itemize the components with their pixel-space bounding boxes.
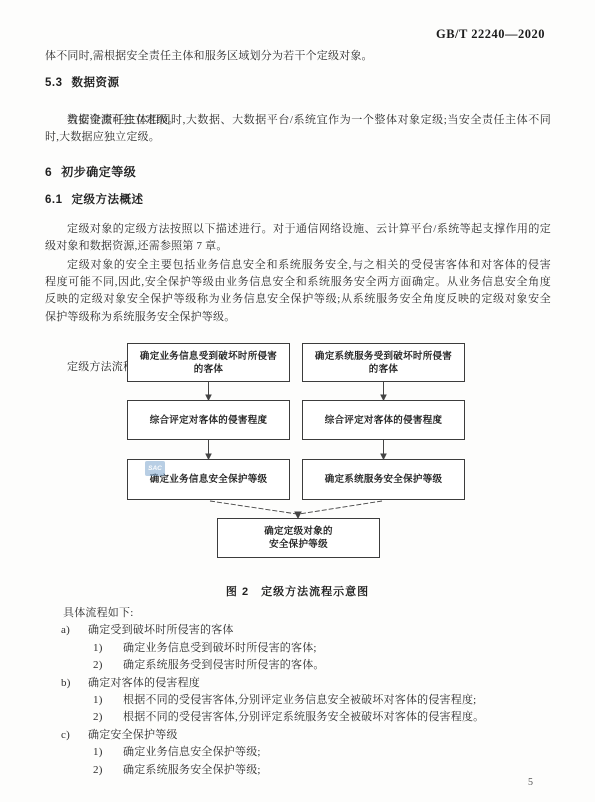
body-line: 当安全责任主体相同时,大数据、大数据平台/系统宜作为一个整体对象定级;当安全责任…	[45, 112, 551, 129]
steps-list: 具体流程如下: a) 确定受到破坏时所侵害的客体 1) 确定业务信息受到破坏时所…	[45, 605, 551, 779]
step-label: 2)	[93, 657, 123, 674]
heading-number: 6	[45, 165, 52, 179]
flow-box-final-protection-level: 确定定级对象的 安全保护等级	[217, 518, 380, 558]
body-line: 定级对象的安全主要包括业务信息安全和系统服务安全,与之相关的受侵害客体和对客体的…	[45, 257, 551, 274]
step-label: 2)	[93, 762, 123, 779]
step-text: 根据不同的受侵害客体,分别评定业务信息安全被破坏对客体的侵害程度;	[123, 692, 476, 709]
body-line: 定级对象的定级方法按照以下描述进行。对于通信网络设施、云计算平台/系统等起支撑作…	[45, 221, 551, 238]
paragraph-method-ref: 定级对象的定级方法按照以下描述进行。对于通信网络设施、云计算平台/系统等起支撑作…	[45, 221, 551, 255]
step-text: 确定系统服务安全保护等级;	[123, 762, 261, 779]
figure-title: 定级方法流程示意图	[261, 586, 369, 598]
step-sub-item-b1: 1) 根据不同的受侵害客体,分别评定业务信息安全被破坏对客体的侵害程度;	[45, 692, 551, 709]
section-heading-6-1: 6.1定级方法概述	[45, 191, 144, 207]
step-text: 确定受到破坏时所侵害的客体	[88, 622, 234, 639]
body-line: 时,大数据应独立定级。	[45, 129, 551, 146]
step-text: 确定业务信息安全保护等级;	[123, 744, 261, 761]
steps-intro: 具体流程如下:	[45, 605, 551, 622]
step-sub-item-c1: 1) 确定业务信息安全保护等级;	[45, 744, 551, 761]
step-label: 1)	[93, 640, 123, 657]
step-sub-item-a2: 2) 确定系统服务受到侵害时所侵害的客体。	[45, 657, 551, 674]
body-line: 级对象和数据资源,还需参照第 7 章。	[45, 238, 551, 255]
heading-number: 6.1	[45, 194, 63, 206]
section-heading-6: 6初步确定等级	[45, 163, 136, 180]
heading-number: 5.3	[45, 77, 63, 89]
step-text: 确定安全保护等级	[88, 727, 178, 744]
document-page: GB/T 22240—2020 体不同时,需根据安全责任主体和服务区域划分为若干…	[0, 0, 595, 802]
sac-watermark: SAC	[145, 461, 165, 476]
step-sub-item-a1: 1) 确定业务信息受到破坏时所侵害的客体;	[45, 640, 551, 657]
step-label: a)	[61, 622, 88, 639]
step-text: 确定系统服务受到侵害时所侵害的客体。	[123, 657, 325, 674]
step-text: 确定业务信息受到破坏时所侵害的客体;	[123, 640, 317, 657]
paragraph-data-resource: 当安全责任主体相同时,大数据、大数据平台/系统宜作为一个整体对象定级;当安全责任…	[45, 112, 551, 146]
body-line: 程度可能不同,因此,安全保护等级由业务信息安全和系统服务安全两方面确定。从业务信…	[45, 274, 551, 291]
body-line: 定级方法流程示意图如图 2 所示。	[45, 359, 551, 376]
flow-box-system-harm-degree: 综合评定对客体的侵害程度	[302, 400, 465, 440]
heading-title: 初步确定等级	[61, 165, 136, 179]
step-sub-item-c2: 2) 确定系统服务安全保护等级;	[45, 762, 551, 779]
flow-box-business-harmed-object: 确定业务信息受到破坏时所侵害 的客体	[127, 343, 290, 382]
step-item-b: b) 确定对客体的侵害程度	[45, 675, 551, 692]
step-label: 2)	[93, 709, 123, 726]
flow-box-system-protection-level: 确定系统服务安全保护等级	[302, 459, 465, 500]
doc-code-header: GB/T 22240—2020	[436, 27, 545, 42]
step-text: 确定对客体的侵害程度	[88, 675, 200, 692]
body-line: 反映的定级对象安全保护等级称为业务信息安全保护等级;从系统服务安全角度反映的定级…	[45, 291, 551, 308]
body-line: 体不同时,需根据安全责任主体和服务区域划分为若干个定级对象。	[45, 48, 551, 65]
step-label: 1)	[93, 744, 123, 761]
heading-title: 数据资源	[72, 77, 120, 89]
heading-title: 定级方法概述	[72, 194, 144, 206]
step-label: b)	[61, 675, 88, 692]
figure-number: 图 2	[226, 586, 249, 598]
paragraph-security-aspects: 定级对象的安全主要包括业务信息安全和系统服务安全,与之相关的受侵害客体和对客体的…	[45, 257, 551, 326]
step-text: 根据不同的受侵害客体,分别评定系统服务安全被破坏对客体的侵害程度。	[123, 709, 484, 726]
step-sub-item-b2: 2) 根据不同的受侵害客体,分别评定系统服务安全被破坏对客体的侵害程度。	[45, 709, 551, 726]
flow-box-system-harmed-object: 确定系统服务受到破坏时所侵害 的客体	[302, 343, 465, 382]
page-number: 5	[528, 777, 533, 788]
step-label: c)	[61, 727, 88, 744]
step-item-a: a) 确定受到破坏时所侵害的客体	[45, 622, 551, 639]
body-line: 保护等级称为系统服务安全保护等级。	[45, 309, 551, 326]
step-label: 1)	[93, 692, 123, 709]
figure-caption: 图 2定级方法流程示意图	[0, 583, 595, 599]
step-item-c: c) 确定安全保护等级	[45, 727, 551, 744]
flow-box-business-harm-degree: 综合评定对客体的侵害程度	[127, 400, 290, 440]
section-heading-5-3: 5.3数据资源	[45, 74, 120, 90]
